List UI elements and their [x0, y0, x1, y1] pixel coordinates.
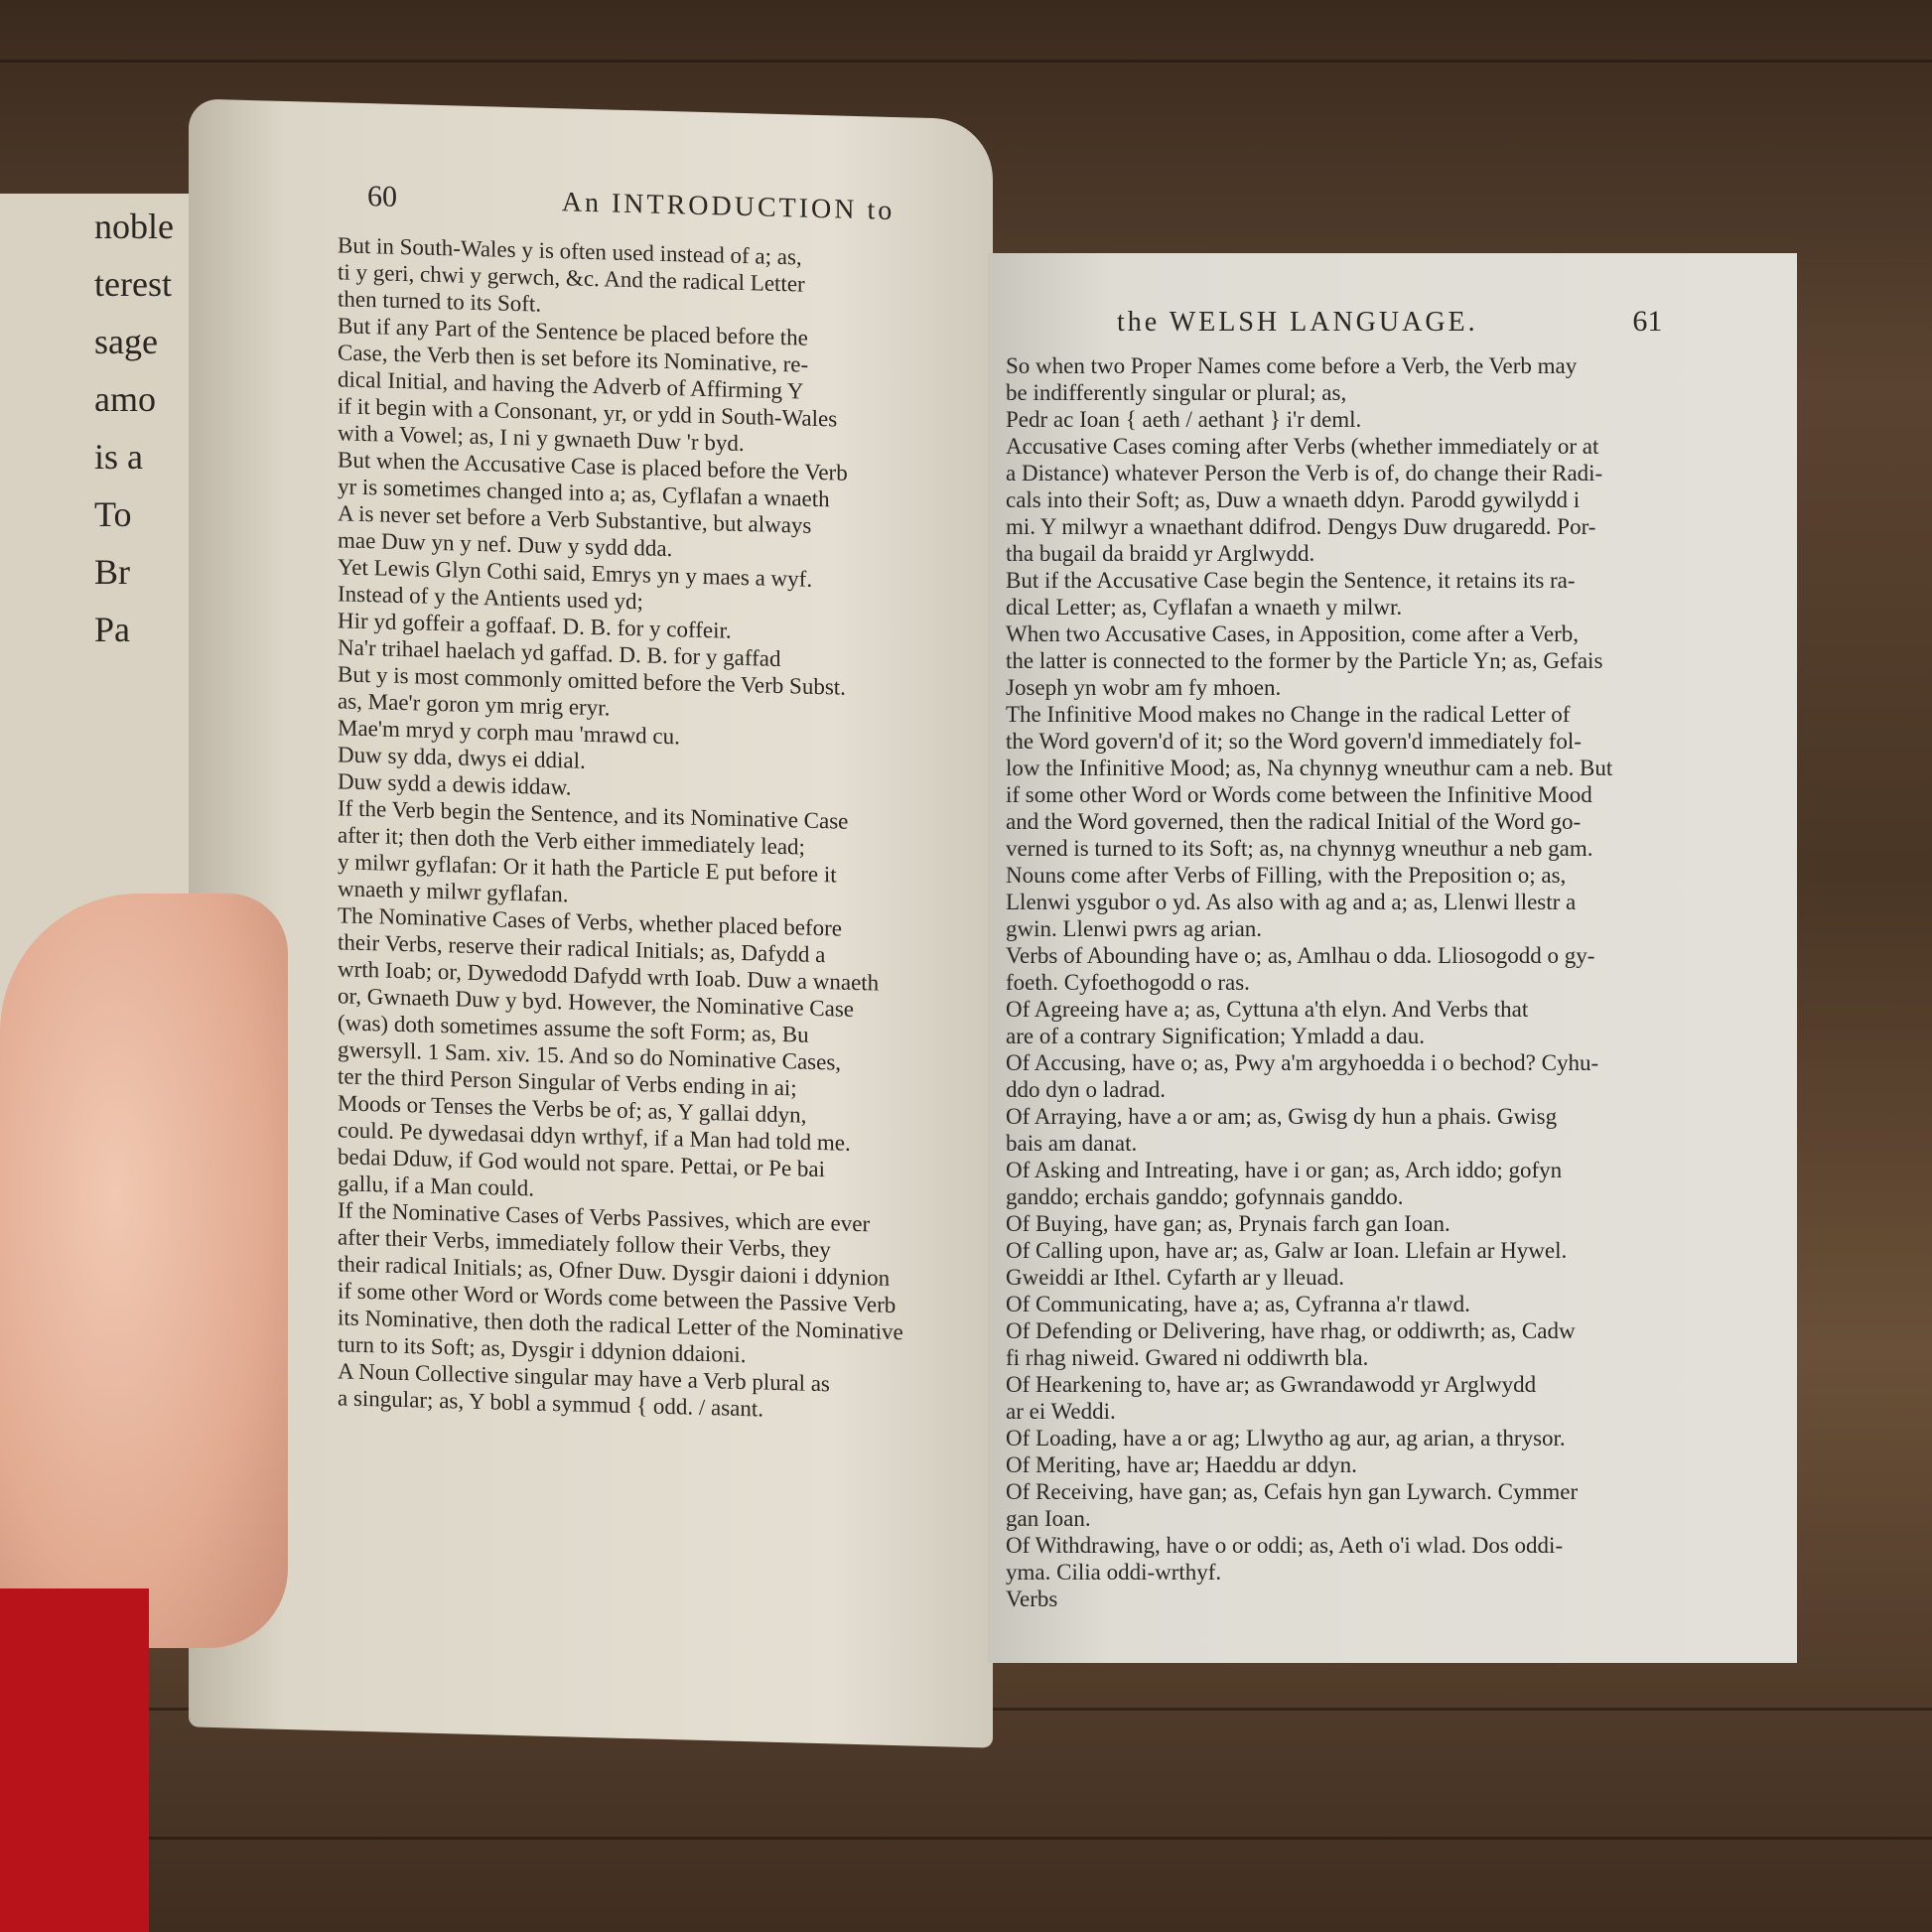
text-line: The Infinitive Mood makes no Change in t… — [1006, 701, 1612, 728]
text-line: the latter is connected to the former by… — [1006, 647, 1612, 674]
text-line: Verbs — [1006, 1586, 1612, 1612]
text-line: ganddo; erchais ganddo; gofynnais ganddo… — [1006, 1183, 1612, 1210]
right-page-body: So when two Proper Names come before a V… — [1006, 352, 1612, 1612]
text-line: Joseph yn wobr am fy mhoen. — [1006, 674, 1612, 701]
running-head: An INTRODUCTION to — [562, 187, 896, 226]
text-line: bais am danat. — [1006, 1130, 1612, 1157]
text-line: Of Accusing, have o; as, Pwy a'm argyhoe… — [1006, 1049, 1612, 1076]
running-head: the WELSH LANGUAGE. — [1117, 307, 1478, 338]
text-line: gan Ioan. — [1006, 1505, 1612, 1532]
text-line: mi. Y milwyr a wnaethant ddifrod. Dengys… — [1006, 513, 1612, 540]
text-line: Of Defending or Delivering, have rhag, o… — [1006, 1317, 1612, 1344]
red-sleeve — [0, 1588, 149, 1932]
text-line: Of Calling upon, have ar; as, Galw ar Io… — [1006, 1237, 1612, 1264]
text-line: low the Infinitive Mood; as, Na chynnyg … — [1006, 755, 1612, 781]
text-line: a Distance) whatever Person the Verb is … — [1006, 460, 1612, 486]
text-line: Of Asking and Intreating, have i or gan;… — [1006, 1157, 1612, 1183]
text-line: But if the Accusative Case begin the Sen… — [1006, 567, 1612, 594]
text-line: dical Letter; as, Cyflafan a wnaeth y mi… — [1006, 594, 1612, 621]
right-page: the WELSH LANGUAGE. 61 So when two Prope… — [988, 253, 1797, 1663]
left-page-header: 60 An INTRODUCTION to — [367, 183, 895, 225]
text-line: Of Communicating, have a; as, Cyfranna a… — [1006, 1291, 1612, 1317]
text-line: ddo dyn o ladrad. — [1006, 1076, 1612, 1103]
wood-grain — [0, 60, 1932, 63]
text-line: gwin. Llenwi pwrs ag arian. — [1006, 915, 1612, 942]
text-line: and the Word governed, then the radical … — [1006, 808, 1612, 835]
text-line: yma. Cilia oddi-wrthyf. — [1006, 1559, 1612, 1586]
text-line: Gweiddi ar Ithel. Cyfarth ar y lleuad. — [1006, 1264, 1612, 1291]
left-page-body: But in South-Wales y is often used inste… — [338, 231, 903, 1426]
text-line: Llenwi ysgubor o yd. As also with ag and… — [1006, 889, 1612, 915]
text-line: cals into their Soft; as, Duw a wnaeth d… — [1006, 486, 1612, 513]
text-line: Of Receiving, have gan; as, Cefais hyn g… — [1006, 1478, 1612, 1505]
text-line: foeth. Cyfoethogodd o ras. — [1006, 969, 1612, 996]
text-line: Of Meriting, have ar; Haeddu ar ddyn. — [1006, 1451, 1612, 1478]
text-line: are of a contrary Signification; Ymladd … — [1006, 1023, 1612, 1049]
right-page-header: the WELSH LANGUAGE. 61 — [1117, 308, 1662, 337]
text-line: Of Loading, have a or ag; Llwytho ag aur… — [1006, 1425, 1612, 1451]
wood-grain — [0, 1837, 1932, 1840]
text-line: ar ei Weddi. — [1006, 1398, 1612, 1425]
text-line: Of Arraying, have a or am; as, Gwisg dy … — [1006, 1103, 1612, 1130]
page-number: 60 — [367, 180, 397, 213]
text-line: Of Agreeing have a; as, Cyttuna a'th ely… — [1006, 996, 1612, 1023]
text-line: verned is turned to its Soft; as, na chy… — [1006, 835, 1612, 862]
text-line: Of Buying, have gan; as, Prynais farch g… — [1006, 1210, 1612, 1237]
hand — [0, 894, 288, 1648]
text-line: fi rhag niweid. Gwared ni oddiwrth bla. — [1006, 1344, 1612, 1371]
text-line: Accusative Cases coming after Verbs (whe… — [1006, 433, 1612, 460]
left-page: 60 An INTRODUCTION to But in South-Wales… — [189, 98, 993, 1747]
text-line: Of Withdrawing, have o or oddi; as, Aeth… — [1006, 1532, 1612, 1559]
text-line: So when two Proper Names come before a V… — [1006, 352, 1612, 379]
text-line: Nouns come after Verbs of Filling, with … — [1006, 862, 1612, 889]
text-line: be indifferently singular or plural; as, — [1006, 379, 1612, 406]
text-line: When two Accusative Cases, in Apposition… — [1006, 621, 1612, 647]
text-line: the Word govern'd of it; so the Word gov… — [1006, 728, 1612, 755]
page-number: 61 — [1632, 305, 1662, 338]
text-line: Of Hearkening to, have ar; as Gwrandawod… — [1006, 1371, 1612, 1398]
text-line: if some other Word or Words come between… — [1006, 781, 1612, 808]
text-line: tha bugail da braidd yr Arglwydd. — [1006, 540, 1612, 567]
text-line: Pedr ac Ioan { aeth / aethant } i'r deml… — [1006, 406, 1612, 433]
text-line: Verbs of Abounding have o; as, Amlhau o … — [1006, 942, 1612, 969]
